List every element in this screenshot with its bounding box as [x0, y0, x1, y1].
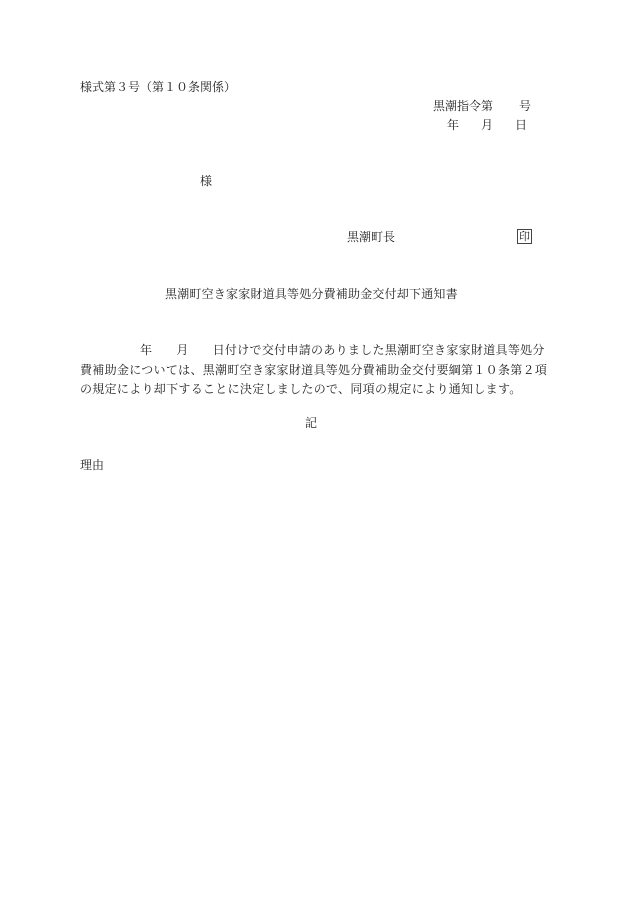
body-line-1: 年月日付けで交付申請のありました黒潮町空き家家財道具等処分 [80, 341, 548, 361]
body-line-3: の規定により却下することに決定しましたので、同項の規定により通知します。 [80, 380, 548, 400]
issuer-name: 黒潮町長 [347, 231, 395, 243]
ki-heading: 記 [305, 417, 317, 429]
reference-suffix: 号 [519, 99, 531, 113]
reference-prefix: 黒潮指令第 [433, 99, 493, 113]
date-year-label: 年 [447, 118, 459, 132]
issue-date: 年月日 [447, 119, 527, 131]
body-line-2: 費補助金については、黒潮町空き家家財道具等処分費補助金交付要綱第１０条第２項 [80, 361, 548, 381]
reference-number: 黒潮指令第号 [433, 100, 531, 112]
addressee: 様 [200, 175, 212, 187]
date-day-label: 日 [515, 118, 527, 132]
form-number: 様式第３号（第１０条関係） [80, 81, 236, 93]
date-month-label: 月 [481, 118, 493, 132]
document-title: 黒潮町空き家家財道具等処分費補助金交付却下通知書 [165, 288, 458, 300]
reason-label: 理由 [80, 459, 104, 471]
body-paragraph: 年月日付けで交付申請のありました黒潮町空き家家財道具等処分 費補助金については、… [80, 341, 548, 400]
seal-stamp: 印 [517, 229, 532, 244]
